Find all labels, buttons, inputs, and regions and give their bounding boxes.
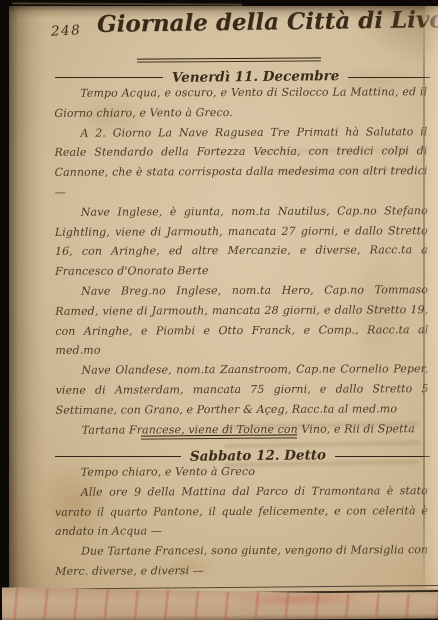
- title-underline-rule: [137, 57, 321, 62]
- manuscript-paragraph: Tempo Acqua, e oscuro, e Vento di Sciloc…: [54, 82, 427, 123]
- binding-gutter-shadow: [9, 6, 45, 595]
- manuscript-paragraph: Tartana Francese, viene di Tolone con Vi…: [56, 419, 429, 436]
- heading-rule-right: [348, 77, 430, 78]
- manuscript-paragraph: Alle ore 9 della Mattina dal Parco di Tr…: [55, 481, 428, 542]
- page-edge-strip: [425, 6, 438, 589]
- manuscript-paragraph: Due Tartane Francesi, sono giunte, vengo…: [55, 540, 428, 581]
- red-ink-smudge: [222, 593, 372, 606]
- manuscript-paragraph: Tempo chiaro, e Vento à Greco: [55, 461, 428, 482]
- heading-rule-left: [55, 456, 181, 457]
- journal-entries-friday: Tempo Acqua, e oscuro, e Vento di Sciloc…: [54, 82, 429, 436]
- photo-frame: 248 Giornale della Città di Livorno Vene…: [0, 0, 438, 620]
- manuscript-paragraph: Nave Olandese, nom.ta Zaanstroom, Cap.ne…: [55, 359, 428, 420]
- heading-rule-left: [55, 77, 163, 78]
- manuscript-paragraph: A 2. Giorno La Nave Ragusea Tre Primati …: [54, 122, 427, 203]
- book-spine-ridge: [12, 2, 242, 5]
- journal-entries-saturday: Tempo chiaro, e Vento à Greco Alle ore 9…: [55, 461, 429, 591]
- manuscript-page: 248 Giornale della Città di Livorno Vene…: [9, 6, 438, 595]
- manuscript-paragraph: Nave Breg.no Inglese, nom.ta Hero, Cap.n…: [55, 280, 428, 361]
- manuscript-paragraph: Nave Inglese, è giunta, nom.ta Nautilus,…: [55, 201, 428, 282]
- heading-rule-right: [335, 456, 430, 457]
- page-number: 248: [51, 22, 82, 40]
- section-divider-rule: [141, 434, 297, 439]
